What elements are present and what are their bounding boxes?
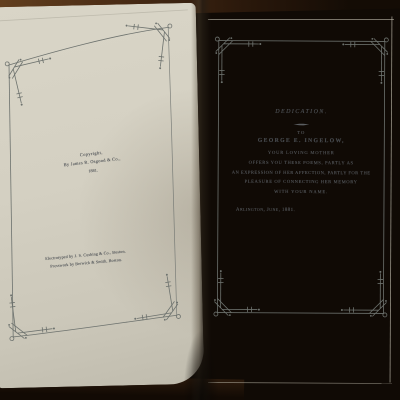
left-page-rule-frame (0, 3, 204, 392)
dedication-block: DEDICATION. TO GEORGE E. INGELOW, YOUR L… (217, 6, 385, 389)
swelled-rule-icon (293, 123, 309, 126)
book-photo: Copyright, By James R. Osgood & Co., 188… (0, 0, 400, 400)
dedication-salutation: TO (218, 130, 384, 136)
dedicatee-name: GEORGE E. INGELOW, (218, 138, 384, 145)
dedication-heading: DEDICATION. (218, 109, 384, 116)
dedication-line: OFFERS YOU THESE POEMS, PARTLY AS (218, 160, 384, 166)
dedication-dateline: Arlington, June, 1881. (236, 207, 400, 214)
dedication-line: YOUR LOVING MOTHER (218, 150, 384, 156)
gutter-bottom-shadow (183, 330, 219, 400)
left-page: Copyright, By James R. Osgood & Co., 188… (0, 3, 204, 389)
dedication-line: AN EXPRESSION OF HER AFFECTION, PARTLY F… (218, 169, 384, 175)
right-page: DEDICATION. TO GEORGE E. INGELOW, YOUR L… (202, 5, 398, 388)
dedication-line: PLEASURE OF CONNECTING HER MEMORY (218, 179, 384, 185)
dedication-line: WITH YOUR NAME. (218, 188, 384, 194)
